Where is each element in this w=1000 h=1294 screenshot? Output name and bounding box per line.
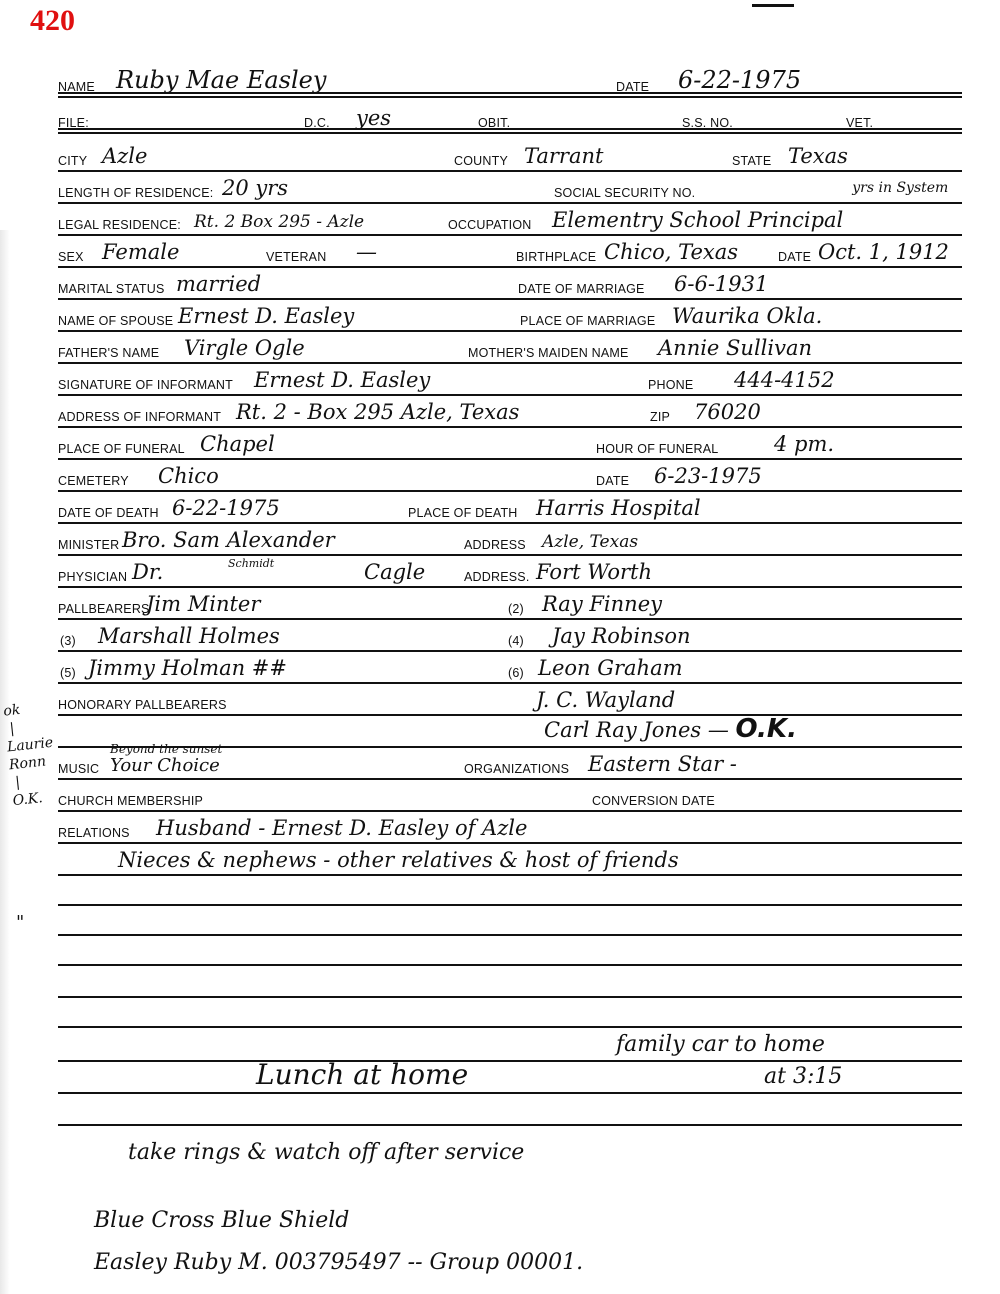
occupation-label: OCCUPATION [448, 218, 531, 232]
margin-note-ditto: " [16, 914, 24, 932]
physician-note: Schmidt [228, 557, 274, 570]
sex-value[interactable]: Female [102, 240, 179, 264]
relations-label: RELATIONS [58, 826, 130, 840]
row-relations-2: Nieces & nephews - other relatives & hos… [58, 842, 962, 876]
blank-line-8 [58, 1124, 962, 1126]
veteran-label: VETERAN [266, 250, 326, 264]
blank-line-7 [58, 1092, 962, 1094]
marital-status-label: MARITAL STATUS [58, 282, 165, 296]
note-family-car-time: at 3:15 [764, 1064, 842, 1089]
birthplace-label: BIRTHPLACE [516, 250, 596, 264]
state-label: STATE [732, 154, 771, 168]
occupation-value[interactable]: Elementry School Principal [552, 208, 843, 232]
fathers-name-value[interactable]: Virgle Ogle [184, 336, 305, 360]
place-of-funeral-value[interactable]: Chapel [200, 432, 275, 456]
minister-address-value[interactable]: Azle, Texas [542, 532, 638, 552]
hour-of-funeral-value[interactable]: 4 pm. [774, 432, 834, 456]
row-marital: MARITAL STATUS married DATE OF MARRIAGE … [58, 266, 962, 300]
birthplace-value[interactable]: Chico, Texas [604, 240, 738, 264]
date-label: DATE [616, 80, 649, 94]
pallbearer-3[interactable]: Marshall Holmes [98, 624, 280, 648]
top-mark [752, 4, 794, 7]
place-of-death-label: PLACE OF DEATH [408, 506, 518, 520]
blank-line-6 [58, 1060, 962, 1062]
music-note: Beyond the sunset [110, 742, 222, 756]
length-of-residence-value[interactable]: 20 yrs [222, 176, 288, 200]
row-parents: FATHER'S NAME Virgle Ogle MOTHER'S MAIDE… [58, 330, 962, 364]
organizations-label: ORGANIZATIONS [464, 762, 569, 776]
zip-label: ZIP [650, 410, 670, 424]
row-file: FILE: D.C. yes OBIT. S.S. NO. VET. [58, 100, 962, 132]
mothers-maiden-name-label: MOTHER'S MAIDEN NAME [468, 346, 629, 360]
ss-no-label: S.S. NO. [682, 116, 733, 130]
row-sex: SEX Female VETERAN — BIRTHPLACE Chico, T… [58, 234, 962, 268]
honorary-pallbearer-2[interactable]: Carl Ray Jones — O.K. [544, 714, 797, 744]
row-cemetery: CEMETERY Chico DATE 6-23-1975 [58, 458, 962, 492]
length-of-residence-label: LENGTH OF RESIDENCE: [58, 186, 213, 200]
spouse-label: NAME OF SPOUSE [58, 314, 173, 328]
hour-of-funeral-label: HOUR OF FUNERAL [596, 442, 718, 456]
place-of-funeral-label: PLACE OF FUNERAL [58, 442, 185, 456]
row-informant-signature: SIGNATURE OF INFORMANT Ernest D. Easley … [58, 362, 962, 396]
relations-line-2[interactable]: Nieces & nephews - other relatives & hos… [118, 848, 679, 872]
file-label: FILE: [58, 116, 89, 130]
conversion-date-label: CONVERSION DATE [592, 794, 715, 808]
row-pallbearers-2: (3) Marshall Holmes (4) Jay Robinson [58, 618, 962, 652]
row-physician: PHYSICIAN Dr. Schmidt Cagle ADDRESS. For… [58, 554, 962, 588]
organizations-value[interactable]: Eastern Star - [588, 752, 737, 776]
music-label: MUSIC [58, 762, 99, 776]
row-honorary-pallbearers: HONORARY PALLBEARERS J. C. Wayland [58, 682, 962, 716]
pallbearers-label: PALLBEARERS [58, 602, 150, 616]
state-value[interactable]: Texas [788, 144, 848, 168]
row-funeral-place: PLACE OF FUNERAL Chapel HOUR OF FUNERAL … [58, 426, 962, 460]
funeral-date-value[interactable]: 6-23-1975 [654, 464, 762, 488]
legal-residence-label: LEGAL RESIDENCE: [58, 218, 181, 232]
place-of-marriage-label: PLACE OF MARRIAGE [520, 314, 655, 328]
date-of-death-label: DATE OF DEATH [58, 506, 159, 520]
pallbearer-2-num: (2) [508, 602, 524, 616]
blank-line-3 [58, 964, 962, 966]
veteran-value[interactable]: — [356, 240, 377, 264]
pallbearer-6[interactable]: Leon Graham [538, 656, 683, 680]
phone-value[interactable]: 444-4152 [734, 368, 835, 392]
row-name: NAME Ruby Mae Easley DATE 6-22-1975 [58, 64, 962, 96]
note-rings: take rings & watch off after service [128, 1140, 524, 1165]
physician-value[interactable]: Dr. [132, 560, 163, 584]
redacted-ssn [700, 178, 850, 202]
row-relations: RELATIONS Husband - Ernest D. Easley of … [58, 810, 962, 844]
name-value[interactable]: Ruby Mae Easley [116, 66, 326, 94]
ok-mark: O.K. [736, 714, 797, 744]
physician-address-label: ADDRESS. [464, 570, 530, 584]
relations-line-1[interactable]: Husband - Ernest D. Easley of Azle [156, 816, 527, 840]
pallbearer-4-num: (4) [508, 634, 524, 648]
blank-line-1 [58, 904, 962, 906]
date-of-marriage-value[interactable]: 6-6-1931 [674, 272, 768, 296]
row-death: DATE OF DEATH 6-22-1975 PLACE OF DEATH H… [58, 490, 962, 524]
church-membership-label: CHURCH MEMBERSHIP [58, 794, 203, 808]
blank-line-5 [58, 1026, 962, 1028]
row-informant-address: ADDRESS OF INFORMANT Rt. 2 - Box 295 Azl… [58, 394, 962, 428]
vet-label: VET. [846, 116, 873, 130]
row-spouse: NAME OF SPOUSE Ernest D. Easley PLACE OF… [58, 298, 962, 332]
page-number: 420 [30, 4, 75, 38]
spouse-value[interactable]: Ernest D. Easley [178, 304, 354, 328]
dc-label: D.C. [304, 116, 330, 130]
city-value[interactable]: Azle [102, 144, 147, 168]
row-pallbearers-1: PALLBEARERS Jim Minter (2) Ray Finney [58, 586, 962, 620]
minister-value[interactable]: Bro. Sam Alexander [122, 528, 335, 552]
music-value[interactable]: Your Choice [110, 755, 220, 776]
date-value[interactable]: 6-22-1975 [678, 66, 801, 94]
city-label: CITY [58, 154, 87, 168]
social-security-label: SOCIAL SECURITY NO. [554, 186, 695, 200]
cemetery-value[interactable]: Chico [158, 464, 219, 488]
obit-label: OBIT. [478, 116, 510, 130]
phone-label: PHONE [648, 378, 693, 392]
honorary-pallbearers-label: HONORARY PALLBEARERS [58, 698, 227, 712]
minister-address-label: ADDRESS [464, 538, 526, 552]
address-of-informant-value[interactable]: Rt. 2 - Box 295 Azle, Texas [236, 400, 519, 424]
legal-residence-value[interactable]: Rt. 2 Box 295 - Azle [194, 212, 364, 232]
date-of-death-value[interactable]: 6-22-1975 [172, 496, 280, 520]
signature-of-informant-label: SIGNATURE OF INFORMANT [58, 378, 233, 392]
note-insurance-2: Easley Ruby M. 003795497 -- Group 00001. [94, 1250, 583, 1275]
birth-date-label: DATE [778, 250, 811, 264]
row-legal-residence: LEGAL RESIDENCE: Rt. 2 Box 295 - Azle OC… [58, 202, 962, 236]
signature-of-informant-value[interactable]: Ernest D. Easley [254, 368, 430, 392]
honorary-pallbearer-1[interactable]: J. C. Wayland [536, 688, 675, 712]
blank-line-2 [58, 934, 962, 936]
county-label: COUNTY [454, 154, 508, 168]
funeral-date-label: DATE [596, 474, 629, 488]
sex-label: SEX [58, 250, 84, 264]
row-city: CITY Azle COUNTY Tarrant STATE Texas [58, 138, 962, 172]
physician-label: PHYSICIAN [58, 570, 127, 584]
note-insurance-1: Blue Cross Blue Shield [94, 1208, 349, 1233]
address-of-informant-label: ADDRESS OF INFORMANT [58, 410, 221, 424]
pallbearer-6-num: (6) [508, 666, 524, 680]
zip-value[interactable]: 76020 [694, 400, 761, 424]
pallbearer-5[interactable]: Jimmy Holman ## [88, 656, 287, 680]
fathers-name-label: FATHER'S NAME [58, 346, 159, 360]
note-family-car: family car to home [616, 1032, 825, 1057]
note-lunch: Lunch at home [256, 1058, 468, 1091]
date-of-marriage-label: DATE OF MARRIAGE [518, 282, 645, 296]
place-of-death-value[interactable]: Harris Hospital [536, 496, 701, 520]
row-music: MUSIC Beyond the sunset Your Choice ORGA… [58, 746, 962, 780]
pallbearer-1[interactable]: Jim Minter [146, 592, 260, 616]
pallbearer-4[interactable]: Jay Robinson [552, 624, 691, 648]
place-of-marriage-value[interactable]: Waurika Okla. [672, 304, 822, 328]
physician-address-value[interactable]: Fort Worth [536, 560, 652, 584]
row-church: CHURCH MEMBERSHIP CONVERSION DATE [58, 778, 962, 812]
physician-surname[interactable]: Cagle [364, 560, 425, 584]
blank-line-4 [58, 996, 962, 998]
row-pallbearers-3: (5) Jimmy Holman ## (6) Leon Graham [58, 650, 962, 684]
birth-date-value[interactable]: Oct. 1, 1912 [818, 240, 949, 264]
pallbearer-3-num: (3) [60, 634, 76, 648]
county-value[interactable]: Tarrant [524, 144, 603, 168]
minister-label: MINISTER [58, 538, 119, 552]
pallbearer-2[interactable]: Ray Finney [542, 592, 662, 616]
marital-status-value[interactable]: married [176, 272, 261, 296]
margin-note-left: ok | Laurie Ronn | O.K. [2, 698, 59, 810]
name-label: NAME [58, 80, 95, 94]
cemetery-label: CEMETERY [58, 474, 129, 488]
pallbearer-5-num: (5) [60, 666, 76, 680]
mothers-maiden-name-value[interactable]: Annie Sullivan [658, 336, 812, 360]
dc-value[interactable]: yes [356, 106, 391, 130]
row-minister: MINISTER Bro. Sam Alexander ADDRESS Azle… [58, 522, 962, 556]
